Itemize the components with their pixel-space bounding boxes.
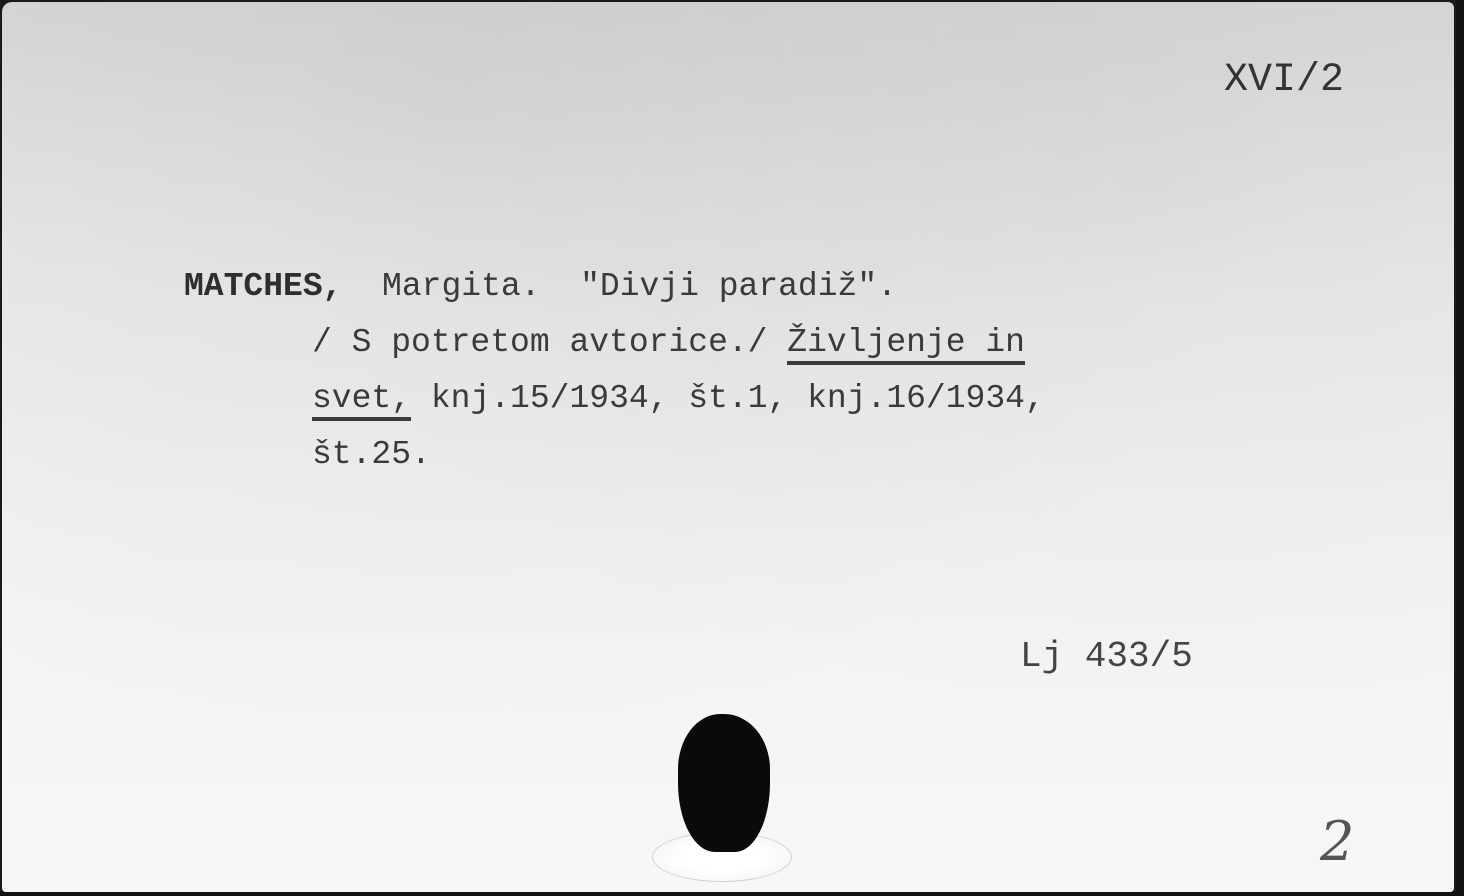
scan-border-right bbox=[1456, 0, 1464, 896]
journal-title-part2: svet, bbox=[312, 380, 411, 421]
entry-line-note: / S potretom avtorice./ Življenje in bbox=[312, 324, 1025, 361]
punch-hole bbox=[678, 714, 770, 852]
call-number: Lj 433/5 bbox=[1020, 636, 1193, 677]
author-given-name: Margita. bbox=[382, 268, 540, 305]
work-title: "Divji paradiž". bbox=[580, 268, 897, 305]
handwritten-mark: 2 bbox=[1320, 810, 1354, 873]
entry-line-citation: svet, knj.15/1934, št.1, knj.16/1934, bbox=[312, 380, 1045, 417]
bracket-note: / S potretom avtorice./ bbox=[312, 324, 767, 361]
author-surname: MATCHES, bbox=[184, 268, 342, 305]
journal-title-part1: Življenje in bbox=[787, 324, 1025, 365]
entry-line-author-title: MATCHES, Margita. "Divji paradiž". bbox=[184, 268, 897, 305]
scan-border-bottom bbox=[0, 892, 1464, 896]
entry-line-issue: št.25. bbox=[312, 436, 431, 473]
citation-volumes: knj.15/1934, št.1, knj.16/1934, bbox=[431, 380, 1045, 417]
shelfmark: XVI/2 bbox=[1224, 58, 1344, 103]
catalog-card: XVI/2 MATCHES, Margita. "Divji paradiž".… bbox=[2, 2, 1454, 892]
